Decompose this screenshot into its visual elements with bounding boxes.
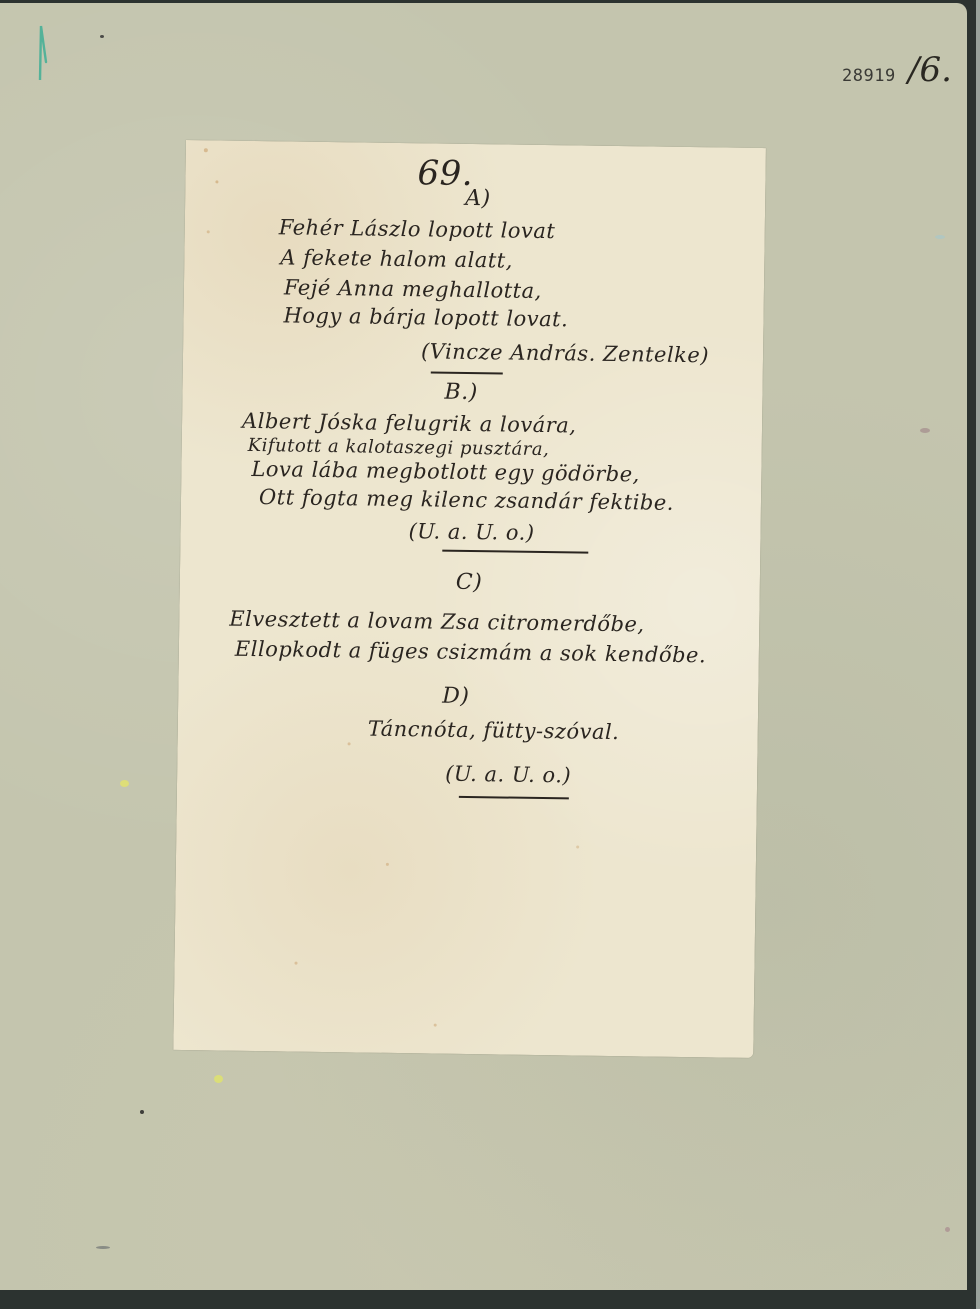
source-underline (431, 371, 503, 374)
source-note: (U. a. U. o.) (445, 762, 571, 788)
foxing-spot (348, 742, 351, 745)
source-underline (442, 550, 588, 554)
board-speck (935, 235, 945, 239)
section-label-c: C) (456, 570, 483, 595)
foxing-spot (204, 148, 208, 152)
board-speck (96, 1246, 110, 1249)
accession-number: 28919 (842, 66, 896, 86)
green-pencil-mark-icon (34, 22, 48, 80)
foxing-spot (207, 230, 210, 233)
foxing-spot (576, 846, 579, 849)
foxing-spot (386, 863, 389, 866)
source-underline (459, 796, 569, 799)
source-note: (Vincze András. Zentelke) (421, 339, 709, 367)
board-speck (920, 428, 930, 433)
board-speck (120, 780, 129, 787)
verse-line: Albert Jóska felugrik a lovára, (242, 409, 577, 438)
verse-line: Fejé Anna meghallotta, (284, 275, 542, 303)
verse-line: Ott fogta meg kilenc zsandár fektibe. (259, 485, 674, 515)
foxing-spot (294, 962, 297, 965)
scanner-edge (976, 0, 980, 1309)
foxing-spot (215, 180, 218, 183)
board-speck (214, 1075, 223, 1083)
board-speck (945, 1227, 950, 1232)
accession-suffix: /6. (908, 50, 952, 90)
verse-line: Fehér Lászlo lopott lovat (279, 215, 556, 243)
verse-line: Táncnóta, fütty-szóval. (368, 717, 620, 745)
verse-line: A fekete halom alatt, (280, 245, 513, 272)
verse-line: Hogy a bárja lopott lovat. (283, 303, 568, 331)
board-speck (100, 35, 104, 38)
verse-line: Kifutott a kalotaszegi pusztára, (248, 435, 550, 460)
verse-line: Lova lába megbotlott egy gödörbe, (251, 457, 640, 486)
foxing-spot (434, 1024, 437, 1027)
board-speck (140, 1110, 144, 1114)
section-label-b: B.) (444, 380, 478, 405)
manuscript-card: 69. A) Fehér Lászlo lopott lovat A feket… (173, 140, 766, 1058)
section-label-d: D) (442, 684, 470, 709)
section-label-a: A) (465, 186, 491, 211)
verse-line: Ellopkodt a füges csizmám a sok kendőbe. (235, 637, 707, 668)
source-note: (U. a. U. o.) (408, 519, 534, 545)
verse-line: Elvesztett a lovam Zsa citromerdőbe, (229, 607, 645, 637)
